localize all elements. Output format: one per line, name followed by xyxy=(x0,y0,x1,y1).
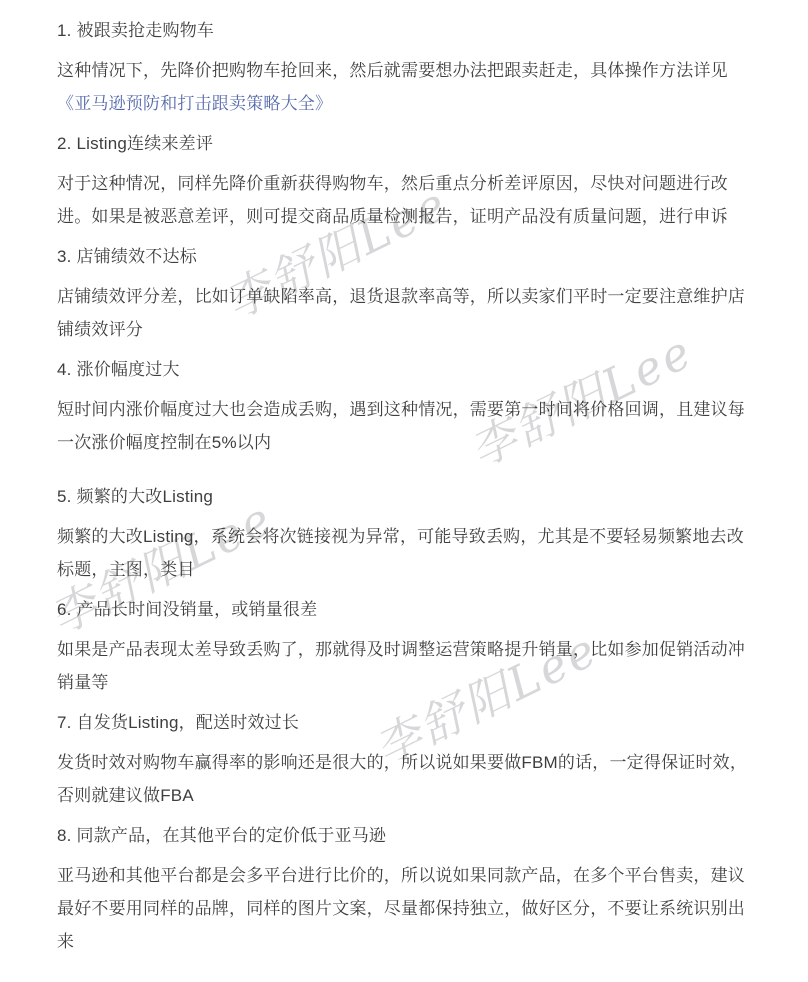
section-3-paragraph: 店铺绩效评分差，比如订单缺陷率高，退货退款率高等，所以卖家们平时一定要注意维护店… xyxy=(57,280,752,346)
section-1-text: 这种情况下，先降价把购物车抢回来，然后就需要想办法把跟卖赶走，具体操作方法详见 xyxy=(57,61,728,80)
section-8-heading: 8. 同款产品，在其他平台的定价低于亚马逊 xyxy=(57,819,752,852)
section-4-paragraph: 短时间内涨价幅度过大也会造成丢购，遇到这种情况，需要第一时间将价格回调，且建议每… xyxy=(57,393,752,459)
section-2-paragraph: 对于这种情况，同样先降价重新获得购物车，然后重点分析差评原因，尽快对问题进行改进… xyxy=(57,167,752,233)
section-5-paragraph: 频繁的大改Listing，系统会将次链接视为异常，可能导致丢购，尤其是不要轻易频… xyxy=(57,520,752,586)
section-3-heading: 3. 店铺绩效不达标 xyxy=(57,240,752,273)
section-7-heading: 7. 自发货Listing，配送时效过长 xyxy=(57,706,752,739)
article-body: 1. 被跟卖抢走购物车 这种情况下，先降价把购物车抢回来，然后就需要想办法把跟卖… xyxy=(0,0,808,975)
section-1-paragraph: 这种情况下，先降价把购物车抢回来，然后就需要想办法把跟卖赶走，具体操作方法详见《… xyxy=(57,54,752,120)
section-6-paragraph: 如果是产品表现太差导致丢购了，那就得及时调整运营策略提升销量，比如参加促销活动冲… xyxy=(57,633,752,699)
section-1-heading: 1. 被跟卖抢走购物车 xyxy=(57,14,752,47)
section-5-heading: 5. 频繁的大改Listing xyxy=(57,480,752,513)
document-page: { "page": { "watermark_text": "李舒阳Lee", … xyxy=(0,0,808,982)
section-2-heading: 2. Listing连续来差评 xyxy=(57,127,752,160)
anti-hijack-guide-link[interactable]: 《亚马逊预防和打击跟卖策略大全》 xyxy=(57,94,332,113)
section-8-paragraph: 亚马逊和其他平台都是会多平台进行比价的，所以说如果同款产品，在多个平台售卖，建议… xyxy=(57,859,752,958)
section-4-heading: 4. 涨价幅度过大 xyxy=(57,353,752,386)
section-7-paragraph: 发货时效对购物车赢得率的影响还是很大的，所以说如果要做FBM的话，一定得保证时效… xyxy=(57,746,752,812)
section-6-heading: 6. 产品长时间没销量，或销量很差 xyxy=(57,593,752,626)
